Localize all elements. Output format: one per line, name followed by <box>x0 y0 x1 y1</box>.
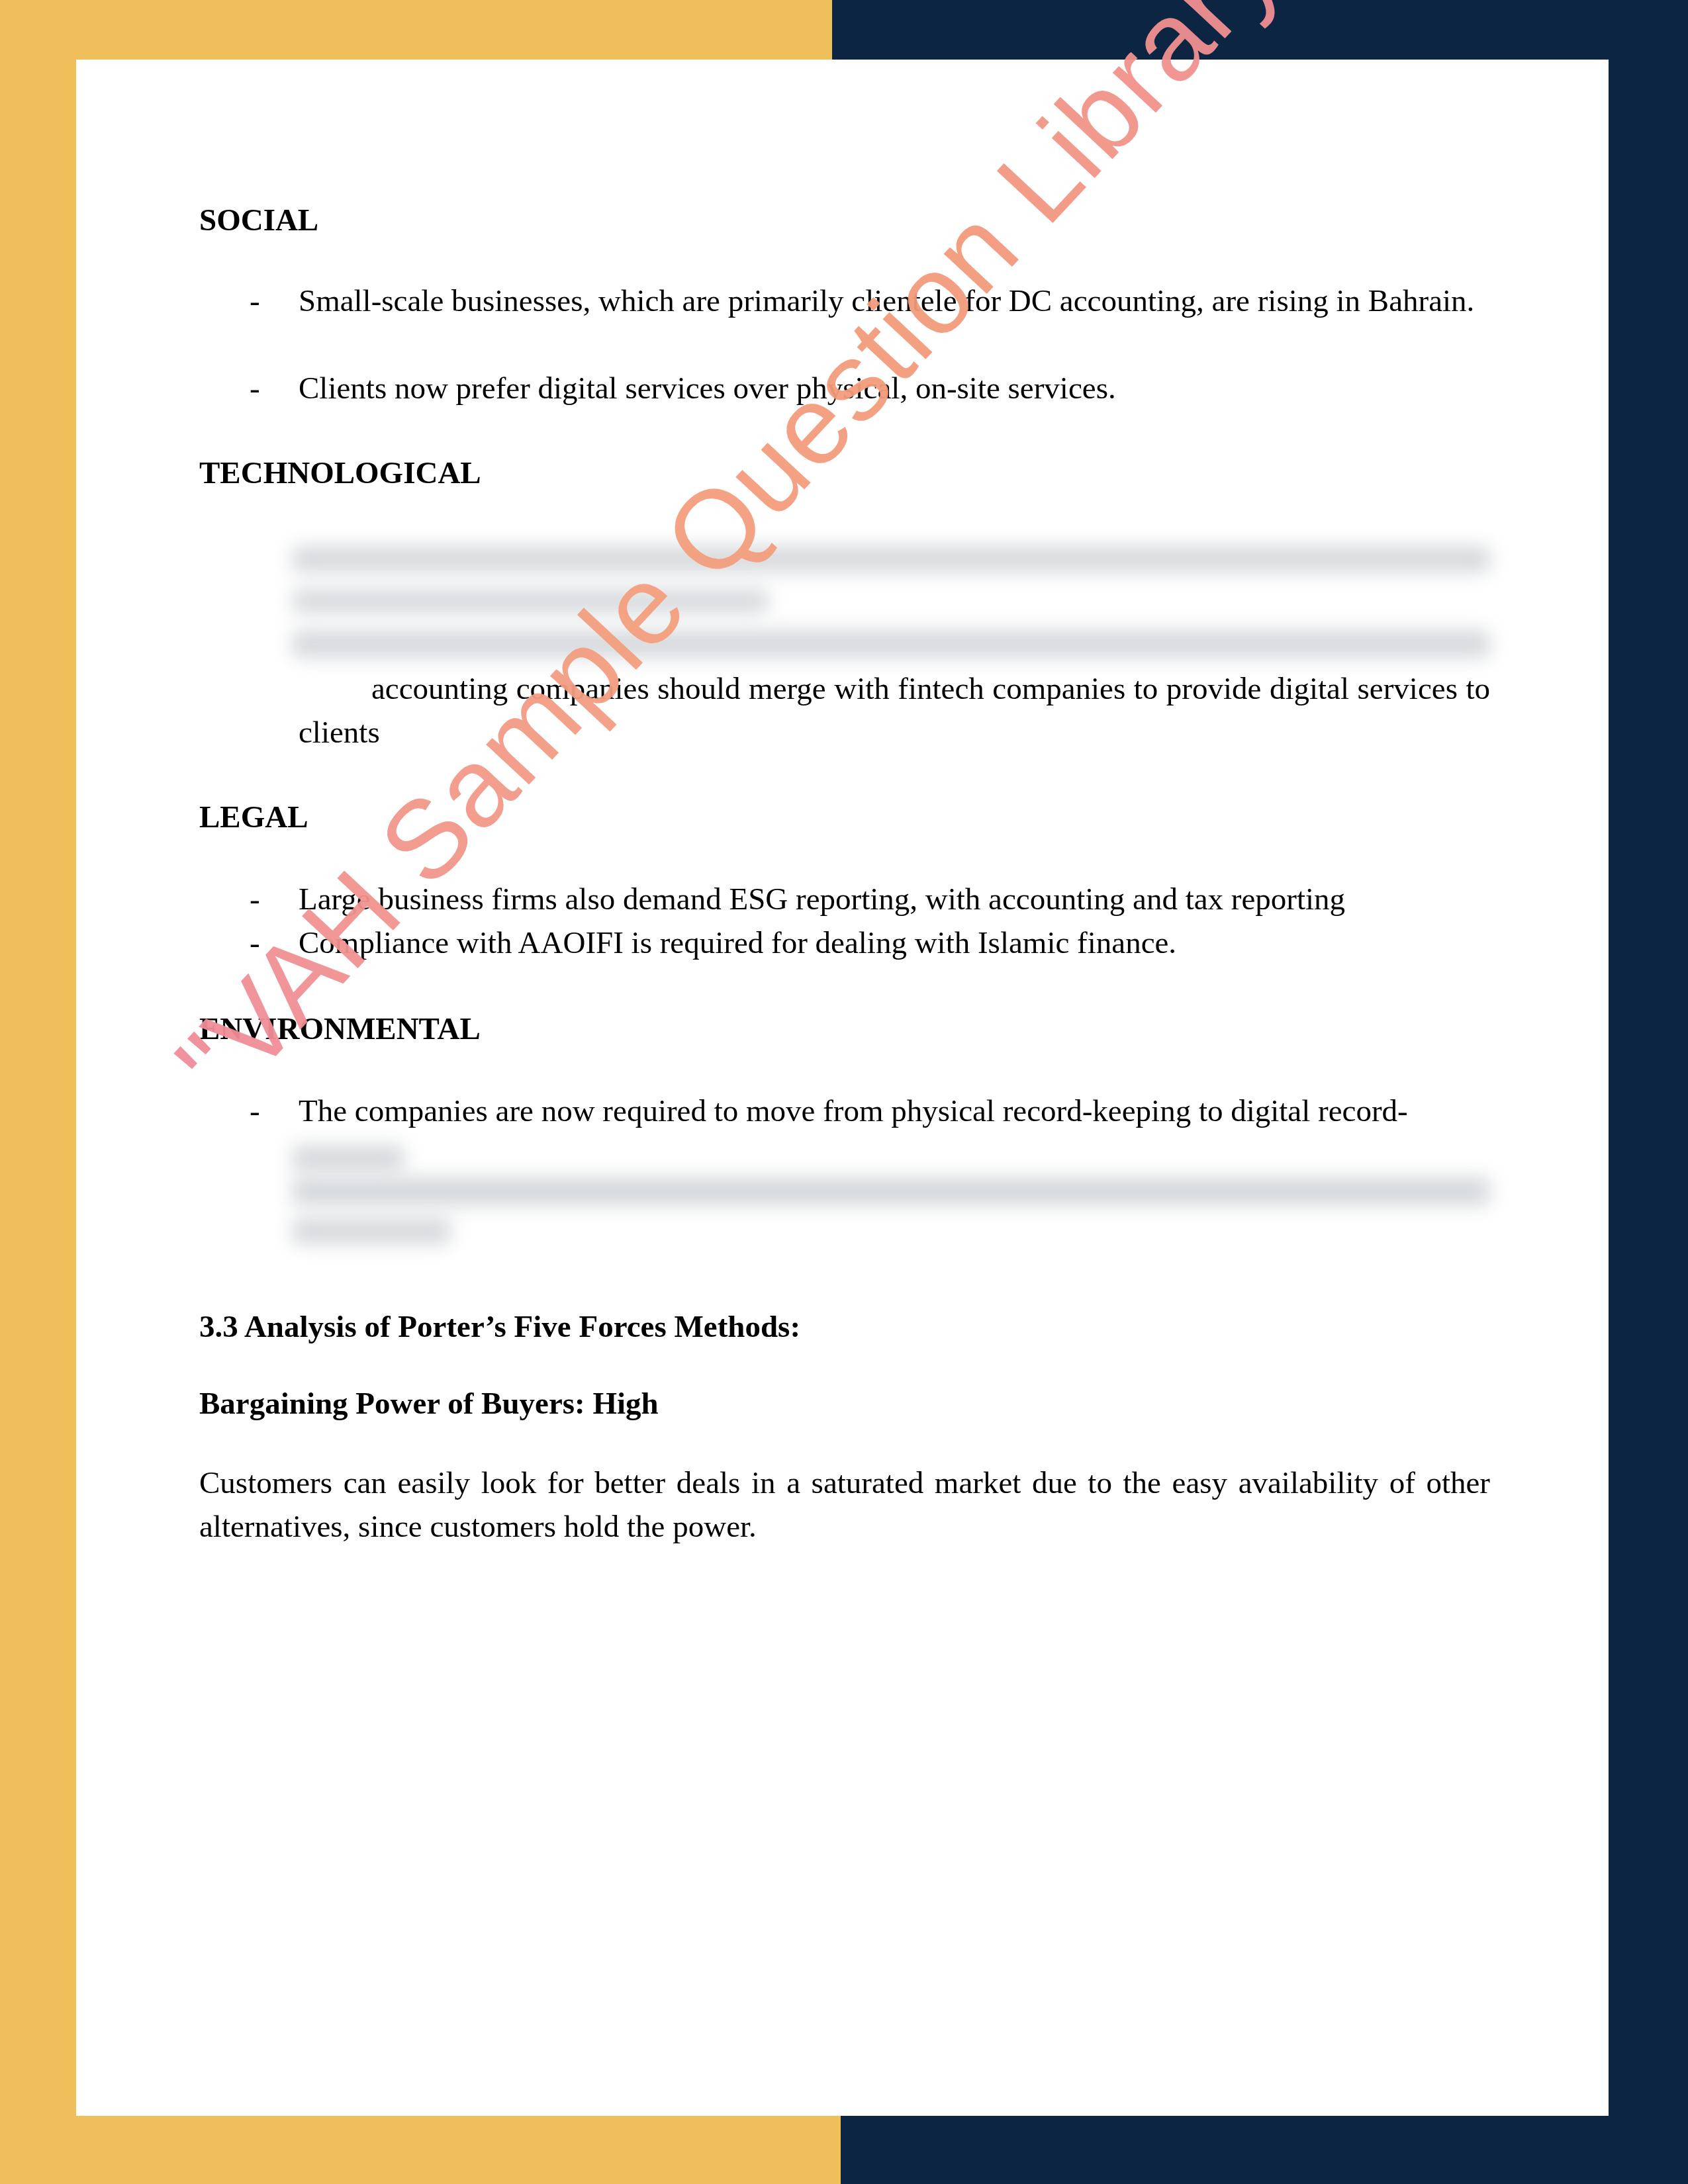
blurred-text <box>292 630 1490 658</box>
blurred-text <box>292 1145 404 1171</box>
border-top-yellow <box>0 0 832 60</box>
paragraph-buyers-power: Customers can easily look for better dea… <box>199 1461 1490 1549</box>
bullet-text: Compliance with AAOIFI is required for d… <box>299 921 1490 965</box>
heading-porter-analysis: 3.3 Analysis of Porter’s Five Forces Met… <box>199 1305 800 1349</box>
bullet-marker: - <box>250 279 260 323</box>
bullet-text: accounting companies should merge with f… <box>299 667 1490 754</box>
bullet-text: Small-scale businesses, which are primar… <box>299 279 1490 323</box>
border-right-navy <box>1609 0 1688 2184</box>
bullet-text: Large business firms also demand ESG rep… <box>299 878 1490 921</box>
heading-legal: LEGAL <box>199 796 308 839</box>
border-top-navy <box>832 0 1688 60</box>
bullet-marker: - <box>250 1089 260 1133</box>
border-bottom-navy <box>841 2116 1688 2184</box>
blurred-text <box>292 1177 1490 1206</box>
border-left-yellow <box>0 0 76 2184</box>
blurred-text <box>292 546 1490 572</box>
subheading-buyers-power: Bargaining Power of Buyers: High <box>199 1382 659 1426</box>
heading-social: SOCIAL <box>199 199 318 242</box>
bullet-marker: - <box>250 921 260 965</box>
heading-technological: TECHNOLOGICAL <box>199 451 481 495</box>
bullet-text: Clients now prefer digital services over… <box>299 367 1490 410</box>
border-bottom-yellow <box>0 2116 841 2184</box>
blurred-text <box>292 589 769 613</box>
bullet-text: The companies are now required to move f… <box>299 1089 1490 1133</box>
bullet-marker: - <box>250 367 260 410</box>
document-page: SOCIAL - Small-scale businesses, which a… <box>76 60 1609 2116</box>
bullet-marker: - <box>250 878 260 921</box>
heading-environmental: ENVIRONMENTAL <box>199 1007 481 1051</box>
blurred-text <box>292 1218 451 1244</box>
